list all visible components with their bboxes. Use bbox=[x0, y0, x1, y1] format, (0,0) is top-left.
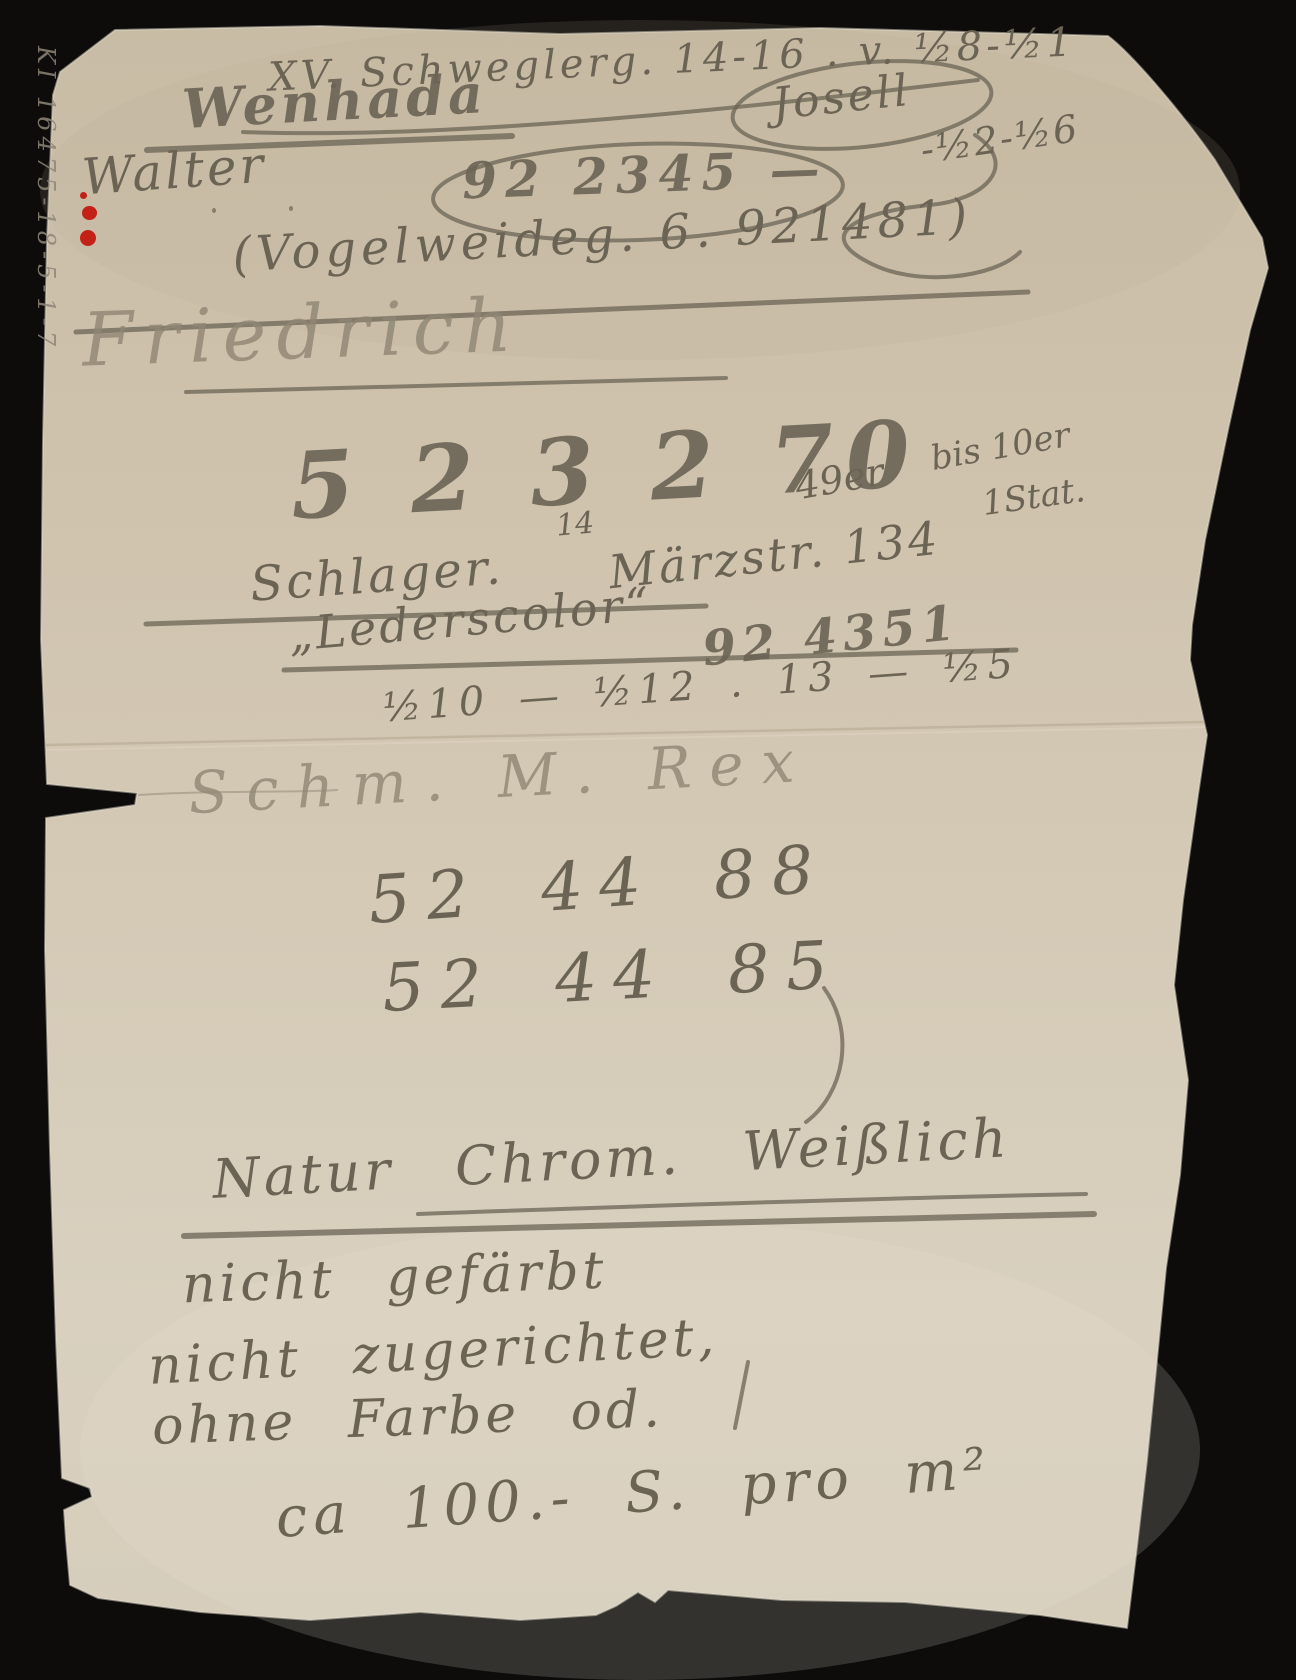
red-ink-dot-mid bbox=[82, 206, 97, 220]
name-wenhada: Wenhada bbox=[181, 66, 488, 136]
archival-side-number: KI 16475-18-5-1-7 bbox=[32, 46, 60, 351]
photo-of-handwritten-note: KI 16475-18-5-1-7 XV. Schweglerg. 14-16 … bbox=[0, 0, 1296, 1680]
pencil-speck-1 bbox=[212, 208, 216, 213]
red-ink-dot-big bbox=[80, 230, 96, 246]
name-walter: Walter bbox=[80, 140, 267, 203]
pencil-speck-2 bbox=[289, 206, 293, 211]
name-friedrich: Friedrich bbox=[81, 288, 523, 377]
line-nicht-gefaerbt: nicht gefärbt bbox=[181, 1245, 608, 1312]
superscript-14: 14 bbox=[555, 508, 596, 541]
phone-number-circled: 92 2345 — bbox=[461, 144, 828, 207]
